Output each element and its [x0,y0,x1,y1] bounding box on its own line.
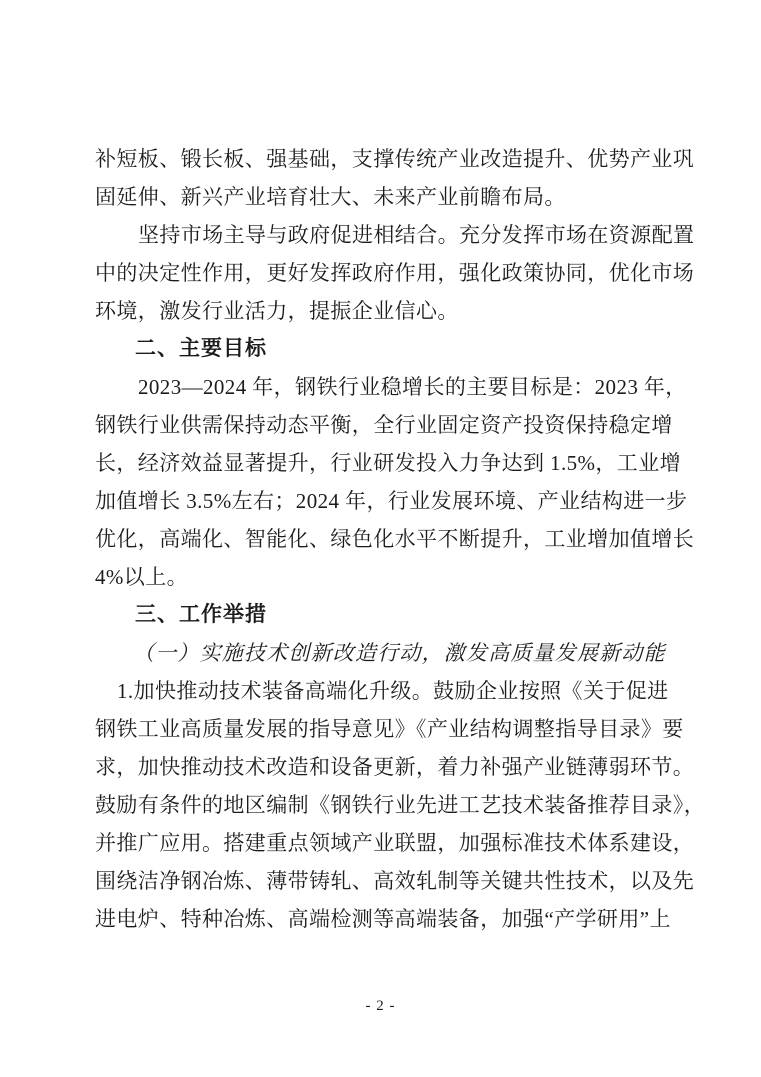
paragraph-line: 钢铁行业供需保持动态平衡，全行业固定资产投资保持稳定增 [95,406,675,444]
paragraph-line: 1.加快推动技术装备高端化升级。鼓励企业按照《关于促进 [95,672,675,710]
paragraph-line: 中的决定性作用，更好发挥政府作用，强化政策协同，优化市场 [95,254,675,292]
paragraph-line: 2023—2024 年，钢铁行业稳增长的主要目标是：2023 年， [95,368,675,406]
paragraph-line: 优化，高端化、智能化、绿色化水平不断提升，工业增加值增长 [95,520,675,558]
paragraph-line: 加值增长 3.5%左右；2024 年，行业发展环境、产业结构进一步 [95,482,675,520]
paragraph-line: 环境，激发行业活力，提振企业信心。 [95,292,675,330]
document-page: 补短板、锻长板、强基础，支撑传统产业改造提升、优势产业巩 固延伸、新兴产业培育壮… [0,0,761,1077]
paragraph-line: 围绕洁净钢冶炼、薄带铸轧、高效轧制等关键共性技术，以及先 [95,862,675,900]
paragraph-line: 固延伸、新兴产业培育壮大、未来产业前瞻布局。 [95,178,675,216]
paragraph-line: 4%以上。 [95,558,675,596]
document-body: 补短板、锻长板、强基础，支撑传统产业改造提升、优势产业巩 固延伸、新兴产业培育壮… [95,140,675,938]
paragraph-line: 坚持市场主导与政府促进相结合。充分发挥市场在资源配置 [95,216,675,254]
paragraph-line: 补短板、锻长板、强基础，支撑传统产业改造提升、优势产业巩 [95,140,675,178]
subsection-heading: （一）实施技术创新改造行动，激发高质量发展新动能 [95,634,675,672]
paragraph-line: 长，经济效益显著提升，行业研发投入力争达到 1.5%，工业增 [95,444,675,482]
page-number: - 2 - [0,996,761,1016]
paragraph-line: 并推广应用。搭建重点领域产业联盟，加强标准技术体系建设， [95,824,675,862]
paragraph-line: 钢铁工业高质量发展的指导意见》《产业结构调整指导目录》要 [95,710,675,748]
paragraph-line: 进电炉、特种冶炼、高端检测等高端装备，加强“产学研用”上 [95,900,675,938]
paragraph-line: 求，加快推动技术改造和设备更新，着力补强产业链薄弱环节。 [95,748,675,786]
paragraph-line: 鼓励有条件的地区编制《钢铁行业先进工艺技术装备推荐目录》， [95,786,675,824]
section-heading-2: 二、主要目标 [95,330,675,368]
section-heading-3: 三、工作举措 [95,596,675,634]
